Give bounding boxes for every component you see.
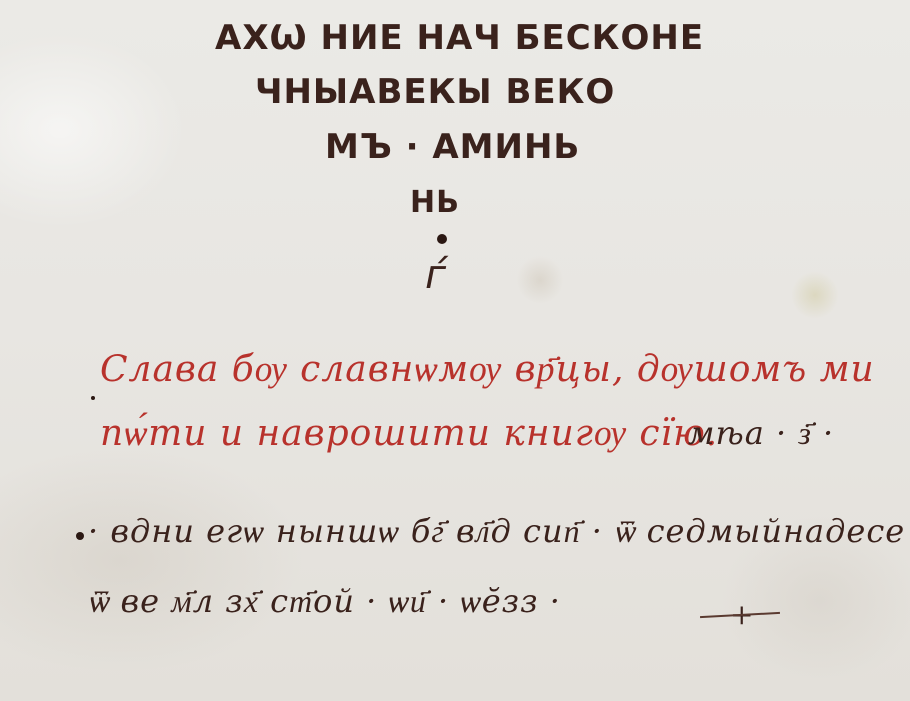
heading-line-3: МЪ · АМИНЬ bbox=[325, 127, 580, 167]
heading-line-6: ѓ bbox=[425, 252, 447, 298]
manuscript-page: АХѠ НИЕ НАЧ БЕСКОНЕ ЧНЫАВЕКЫ ВЕКО МЪ · А… bbox=[0, 0, 910, 701]
rubric-line-2-ending: мѣа · з҃ · bbox=[688, 414, 834, 452]
heading-line-2: ЧНЫАВЕКЫ ВЕКО bbox=[255, 72, 615, 112]
heading-line-4: НЬ bbox=[410, 185, 460, 220]
rubric-line-2: пѡ́ти и наврошити книгѹ сїю. bbox=[100, 412, 718, 454]
rubric-leading-dot bbox=[91, 396, 95, 400]
rubric-line-1: Славa бѹ славнѡмѹ вр҃цы, дѹшомъ ми bbox=[100, 348, 875, 390]
heading-dot bbox=[437, 234, 447, 244]
colophon-line-2: ѿ ве м҃л зх҃ ст҃ой · ѡи҃ · ѡӗзз · bbox=[88, 582, 561, 620]
colophon-line-1: · вдни егѡ ныншѡ бг҃ вл҃д сип҃ · ѿ седмы… bbox=[88, 512, 905, 550]
colophon-leading-dot bbox=[76, 532, 84, 540]
heading-line-1: АХѠ НИЕ НАЧ БЕСКОНЕ bbox=[215, 18, 704, 58]
